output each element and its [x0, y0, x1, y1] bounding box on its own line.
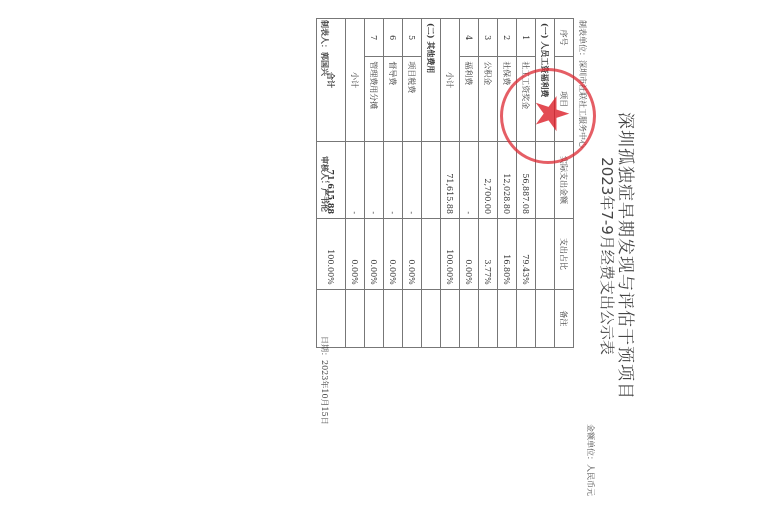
table-cell: 项目税费 [403, 57, 422, 142]
currency-unit: 金额单位：人民币元 [585, 424, 596, 496]
table-cell [479, 289, 498, 347]
table-cell: 福利费 [460, 57, 479, 142]
table-cell: 2 [498, 19, 517, 57]
document-title: 深圳孤独症早期发现与评估干预项目 [615, 16, 640, 496]
expense-table: 序号项目实际支出金额支出占比备注 (一) 人员工资福利费1社工工资奖金56,88… [316, 18, 574, 348]
table-cell: 督导费 [384, 57, 403, 142]
table-row: 小计71,615.88100.00% [441, 19, 460, 348]
table-cell: 3 [479, 19, 498, 57]
table-cell: 6 [384, 19, 403, 57]
table-cell: 0.00% [346, 219, 365, 290]
table-row: 4福利费-0.00% [460, 19, 479, 348]
table-cell: 4 [460, 19, 479, 57]
table-cell [365, 289, 384, 347]
table-cell: - [460, 141, 479, 218]
table-cell: 3.77% [479, 219, 498, 290]
table-cell: 79.43% [517, 219, 536, 290]
table-cell: 管理费用分摊 [365, 57, 384, 142]
table-cell: 小计 [346, 19, 365, 142]
table-cell [403, 289, 422, 347]
table-row: 2社保费12,028.8016.80% [498, 19, 517, 348]
table-cell: 12,028.80 [498, 141, 517, 218]
table-cell: 100.00% [441, 219, 460, 290]
table-cell: - [346, 141, 365, 218]
table-cell [384, 289, 403, 347]
table-cell: 2,700.00 [479, 141, 498, 218]
table-cell [422, 219, 441, 290]
reviewer-label: 审核人：严书伦 [319, 156, 330, 212]
date-label: 日期：2023年10月15日 [319, 336, 330, 425]
table-cell [346, 289, 365, 347]
table-cell [536, 219, 555, 290]
table-cell [422, 289, 441, 347]
table-cell: 16.80% [498, 219, 517, 290]
table-row: 1社工工资奖金56,887.0879.43% [517, 19, 536, 348]
table-cell: - [403, 141, 422, 218]
header-cell: 支出占比 [555, 219, 574, 290]
table-cell [517, 289, 536, 347]
table-row: (二) 其他费用 [422, 19, 441, 348]
table-cell: - [365, 141, 384, 218]
table-row: 小计-0.00% [346, 19, 365, 348]
table-cell: 100.00% [317, 219, 346, 290]
table-cell: 71,615.88 [441, 141, 460, 218]
rotated-document-page: 深圳孤独症早期发现与评估干预项目 2023年7-9月经费支出公示表 金额单位：人… [308, 16, 648, 496]
star-icon: ★ [529, 93, 575, 134]
table-cell: - [384, 141, 403, 218]
table-row: 6督导费-0.00% [384, 19, 403, 348]
table-cell: 0.00% [384, 219, 403, 290]
table-cell [536, 289, 555, 347]
header-cell: 序号 [555, 19, 574, 57]
official-seal-stamp: ★ [500, 68, 596, 164]
table-row: 3公积金2,700.003.77% [479, 19, 498, 348]
table-cell: 公积金 [479, 57, 498, 142]
table-cell [460, 289, 479, 347]
table-cell: 小计 [441, 19, 460, 142]
table-row: 5项目税费-0.00% [403, 19, 422, 348]
document-subtitle: 2023年7-9月经费支出公示表 [597, 16, 618, 496]
table-cell: 5 [403, 19, 422, 57]
table-cell: 7 [365, 19, 384, 57]
table-cell [441, 289, 460, 347]
table-cell: 0.00% [460, 219, 479, 290]
table-row: 7管理费用分摊-0.00% [365, 19, 384, 348]
table-cell: 0.00% [365, 219, 384, 290]
table-cell: (二) 其他费用 [422, 19, 441, 142]
table-cell [498, 289, 517, 347]
table-cell: 0.00% [403, 219, 422, 290]
table-cell: 1 [517, 19, 536, 57]
table-cell [422, 141, 441, 218]
maker-label: 制表人：郭国兴 [319, 20, 330, 76]
header-cell: 备注 [555, 289, 574, 347]
